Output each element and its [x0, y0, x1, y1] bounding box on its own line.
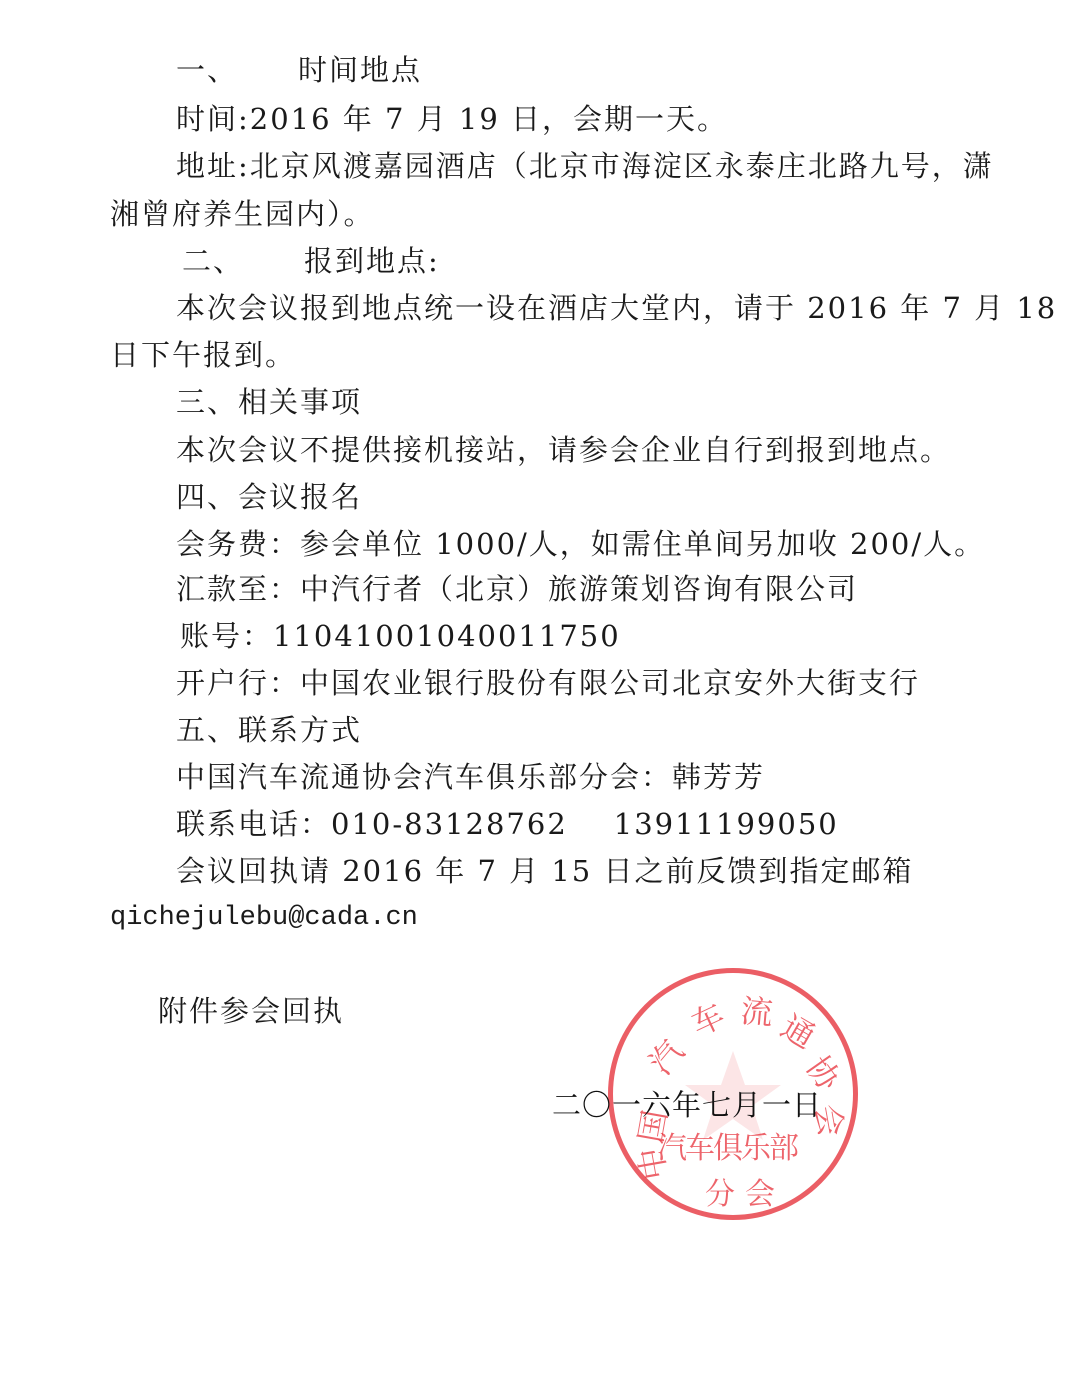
registration-line-1: 本次会议报到地点统一设在酒店大堂内，请于 2016 年 7 月 18	[176, 290, 1057, 326]
seal-center-text: 汽车俱乐部	[657, 1123, 797, 1167]
bank-line: 开户行：中国农业银行股份有限公司北京安外大街支行	[176, 665, 920, 701]
notes-line: 本次会议不提供接机接站，请参会企业自行到报到地点。	[176, 432, 951, 468]
time-line: 时间:2016 年 7 月 19 日，会期一天。	[176, 101, 728, 137]
remit-payee: 中汽行者（北京）旅游策划咨询有限公司	[300, 572, 858, 606]
time-value: 2016 年 7 月 19 日，会期一天。	[250, 102, 728, 136]
account-line: 账号：11041001040011750	[180, 618, 621, 654]
time-label: 时间:	[176, 102, 250, 136]
address-line-1: 地址:北京风渡嘉园酒店（北京市海淀区永泰庄北路九号，潇	[176, 148, 994, 184]
email-address: qichejulebu@cada.cn	[110, 900, 418, 936]
section-title: 报到地点:	[304, 244, 440, 278]
account-label: 账号：	[180, 619, 273, 653]
phone-line: 联系电话：010-8312876213911199050	[176, 806, 839, 842]
seal-char: 流	[739, 986, 775, 1035]
bank-label: 开户行：	[176, 666, 300, 700]
section-number: 一、	[176, 53, 238, 87]
seal-bottom-text: 分会	[705, 1169, 785, 1213]
phone-label: 联系电话：	[176, 807, 331, 841]
account-number: 11041001040011750	[273, 619, 621, 653]
attachment-label: 附件参会回执	[158, 993, 344, 1029]
registration-line-2: 日下午报到。	[110, 337, 296, 373]
remit-label: 汇款至：	[176, 572, 300, 606]
remit-line: 汇款至：中汽行者（北京）旅游策划咨询有限公司	[176, 571, 858, 607]
section-5-heading: 五、联系方式	[176, 712, 362, 748]
document-date: 二〇一六年七月一日	[552, 1083, 822, 1124]
bank-name: 中国农业银行股份有限公司北京安外大街支行	[300, 666, 920, 700]
phone-mobile: 13911199050	[614, 807, 839, 841]
section-3-heading: 三、相关事项	[176, 384, 362, 420]
fee-line: 会务费：参会单位 1000/人，如需住单间另加收 200/人。	[176, 526, 985, 562]
section-4-heading: 四、会议报名	[176, 479, 362, 515]
section-title: 时间地点	[298, 53, 422, 87]
phone-landline: 010-83128762	[331, 807, 568, 841]
reply-line: 会议回执请 2016 年 7 月 15 日之前反馈到指定邮箱	[176, 853, 913, 889]
address-value: 北京风渡嘉园酒店（北京市海淀区永泰庄北路九号，潇	[250, 149, 994, 183]
section-1-heading: 一、时间地点	[176, 52, 422, 88]
contact-org-line: 中国汽车流通协会汽车俱乐部分会：韩芳芳	[176, 759, 765, 795]
address-label: 地址:	[176, 149, 250, 183]
address-line-2: 湘曾府养生园内）。	[110, 196, 375, 232]
section-2-heading: 二、报到地点:	[182, 243, 440, 279]
section-number: 二、	[182, 244, 244, 278]
